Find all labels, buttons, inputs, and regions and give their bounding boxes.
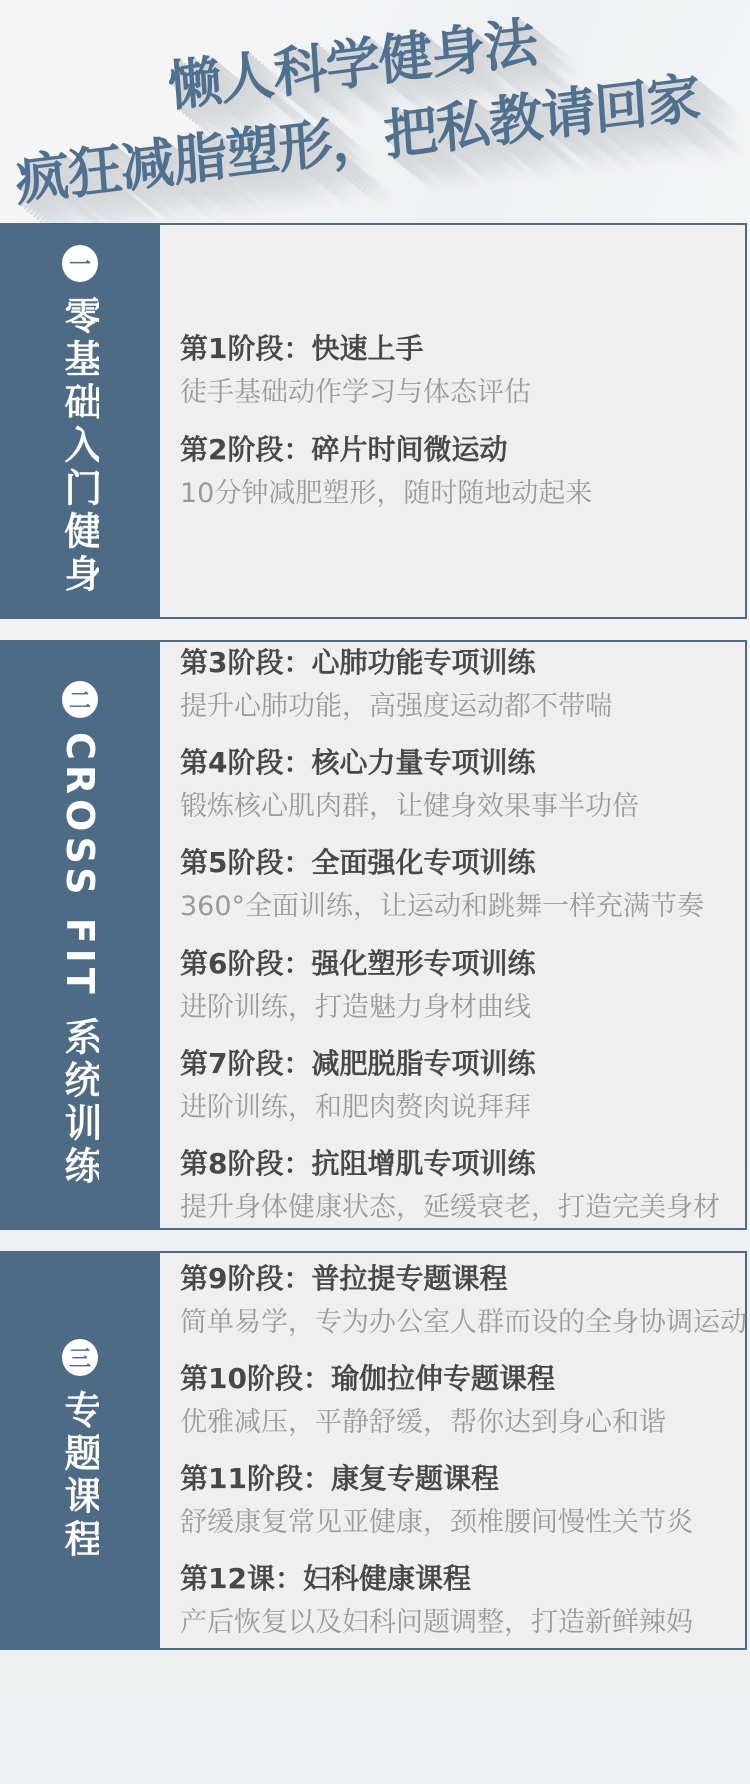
course-stage-item: 第3阶段：心肺功能专项训练 提升心肺功能，高强度运动都不带喘	[180, 647, 737, 722]
stage-description: 进阶训练，和肥肉赘肉说拜拜	[180, 1092, 737, 1123]
stage-title: 第5阶段：全面强化专项训练	[180, 847, 737, 879]
section-content: 第1阶段：快速上手 徒手基础动作学习与体态评估 第2阶段：碎片时间微运动 10分…	[160, 225, 745, 617]
stage-description: 进阶训练，打造魅力身材曲线	[180, 992, 737, 1023]
course-stage-item: 第8阶段：抗阻增肌专项训练 提升身体健康状态，延缓衰老，打造完美身材	[180, 1148, 737, 1223]
section-content: 第3阶段：心肺功能专项训练 提升心肺功能，高强度运动都不带喘 第4阶段：核心力量…	[160, 642, 745, 1228]
stage-description: 10分钟减肥塑形，随时随地动起来	[180, 478, 737, 509]
course-section: 二 CROSS FIT 系统训练 第3阶段：心肺功能专项训练 提升心肺功能，高强…	[0, 640, 747, 1230]
course-stage-item: 第6阶段：强化塑形专项训练 进阶训练，打造魅力身材曲线	[180, 948, 737, 1023]
stage-description: 360°全面训练，让运动和跳舞一样充满节奏	[180, 891, 737, 922]
sections: 一 零基础入门健身 第1阶段：快速上手 徒手基础动作学习与体态评估 第2阶段：碎…	[0, 223, 750, 1650]
course-stage-item: 第7阶段：减肥脱脂专项训练 进阶训练，和肥肉赘肉说拜拜	[180, 1048, 737, 1123]
stage-title: 第2阶段：碎片时间微运动	[180, 434, 737, 466]
stage-title: 第3阶段：心肺功能专项训练	[180, 647, 737, 679]
course-stage-item: 第12课：妇科健康课程 产后恢复以及妇科问题调整，打造新鲜辣妈	[180, 1563, 737, 1638]
section-vertical-label: 零基础入门健身	[61, 296, 99, 597]
course-stage-item: 第10阶段：瑜伽拉伸专题课程 优雅减压，平静舒缓，帮你达到身心和谐	[180, 1363, 737, 1438]
headline-rotated-block: 懒人科学健身法 疯狂减脂塑形，把私教请回家	[0, 0, 712, 217]
stage-title: 第1阶段：快速上手	[180, 333, 737, 365]
course-stage-item: 第9阶段：普拉提专题课程 简单易学，专为办公室人群而设的全身协调运动	[180, 1263, 737, 1338]
circle-number-icon: 二	[62, 681, 98, 718]
stage-title: 第11阶段：康复专题课程	[180, 1463, 737, 1495]
course-section: 三 专题课程 第9阶段：普拉提专题课程 简单易学，专为办公室人群而设的全身协调运…	[0, 1251, 747, 1650]
section-content: 第9阶段：普拉提专题课程 简单易学，专为办公室人群而设的全身协调运动 第10阶段…	[160, 1253, 745, 1648]
stage-description: 产后恢复以及妇科问题调整，打造新鲜辣妈	[180, 1607, 737, 1638]
stage-title: 第9阶段：普拉提专题课程	[180, 1263, 737, 1295]
stage-title: 第4阶段：核心力量专项训练	[180, 747, 737, 779]
course-stage-item: 第11阶段：康复专题课程 舒缓康复常见亚健康，颈椎腰间慢性关节炎	[180, 1463, 737, 1538]
stage-title: 第8阶段：抗阻增肌专项训练	[180, 1148, 737, 1180]
section-vertical-label: 专题课程	[61, 1390, 99, 1562]
course-stage-item: 第1阶段：快速上手 徒手基础动作学习与体态评估	[180, 333, 737, 408]
course-section: 一 零基础入门健身 第1阶段：快速上手 徒手基础动作学习与体态评估 第2阶段：碎…	[0, 223, 747, 619]
course-stage-item: 第5阶段：全面强化专项训练 360°全面训练，让运动和跳舞一样充满节奏	[180, 847, 737, 922]
stage-description: 舒缓康复常见亚健康，颈椎腰间慢性关节炎	[180, 1507, 737, 1538]
stage-description: 提升身体健康状态，延缓衰老，打造完美身材	[180, 1192, 737, 1223]
stage-description: 提升心肺功能，高强度运动都不带喘	[180, 691, 737, 722]
section-sidebar: 二 CROSS FIT 系统训练	[0, 642, 160, 1228]
course-stage-item: 第2阶段：碎片时间微运动 10分钟减肥塑形，随时随地动起来	[180, 434, 737, 509]
stage-description: 优雅减压，平静舒缓，帮你达到身心和谐	[180, 1407, 737, 1438]
stage-description: 锻炼核心肌肉群，让健身效果事半功倍	[180, 791, 737, 822]
section-sidebar: 一 零基础入门健身	[0, 225, 160, 617]
course-stage-item: 第4阶段：核心力量专项训练 锻炼核心肌肉群，让健身效果事半功倍	[180, 747, 737, 822]
section-vertical-label: CROSS FIT 系统训练	[61, 732, 99, 1189]
circle-number-icon: 一	[62, 245, 98, 282]
promo-header: 懒人科学健身法 疯狂减脂塑形，把私教请回家	[0, 0, 750, 223]
stage-description: 徒手基础动作学习与体态评估	[180, 377, 737, 408]
stage-description: 简单易学，专为办公室人群而设的全身协调运动	[180, 1307, 737, 1338]
stage-title: 第12课：妇科健康课程	[180, 1563, 737, 1595]
stage-title: 第7阶段：减肥脱脂专项训练	[180, 1048, 737, 1080]
stage-title: 第6阶段：强化塑形专项训练	[180, 948, 737, 980]
circle-number-icon: 三	[62, 1339, 98, 1376]
section-sidebar: 三 专题课程	[0, 1253, 160, 1648]
stage-title: 第10阶段：瑜伽拉伸专题课程	[180, 1363, 737, 1395]
